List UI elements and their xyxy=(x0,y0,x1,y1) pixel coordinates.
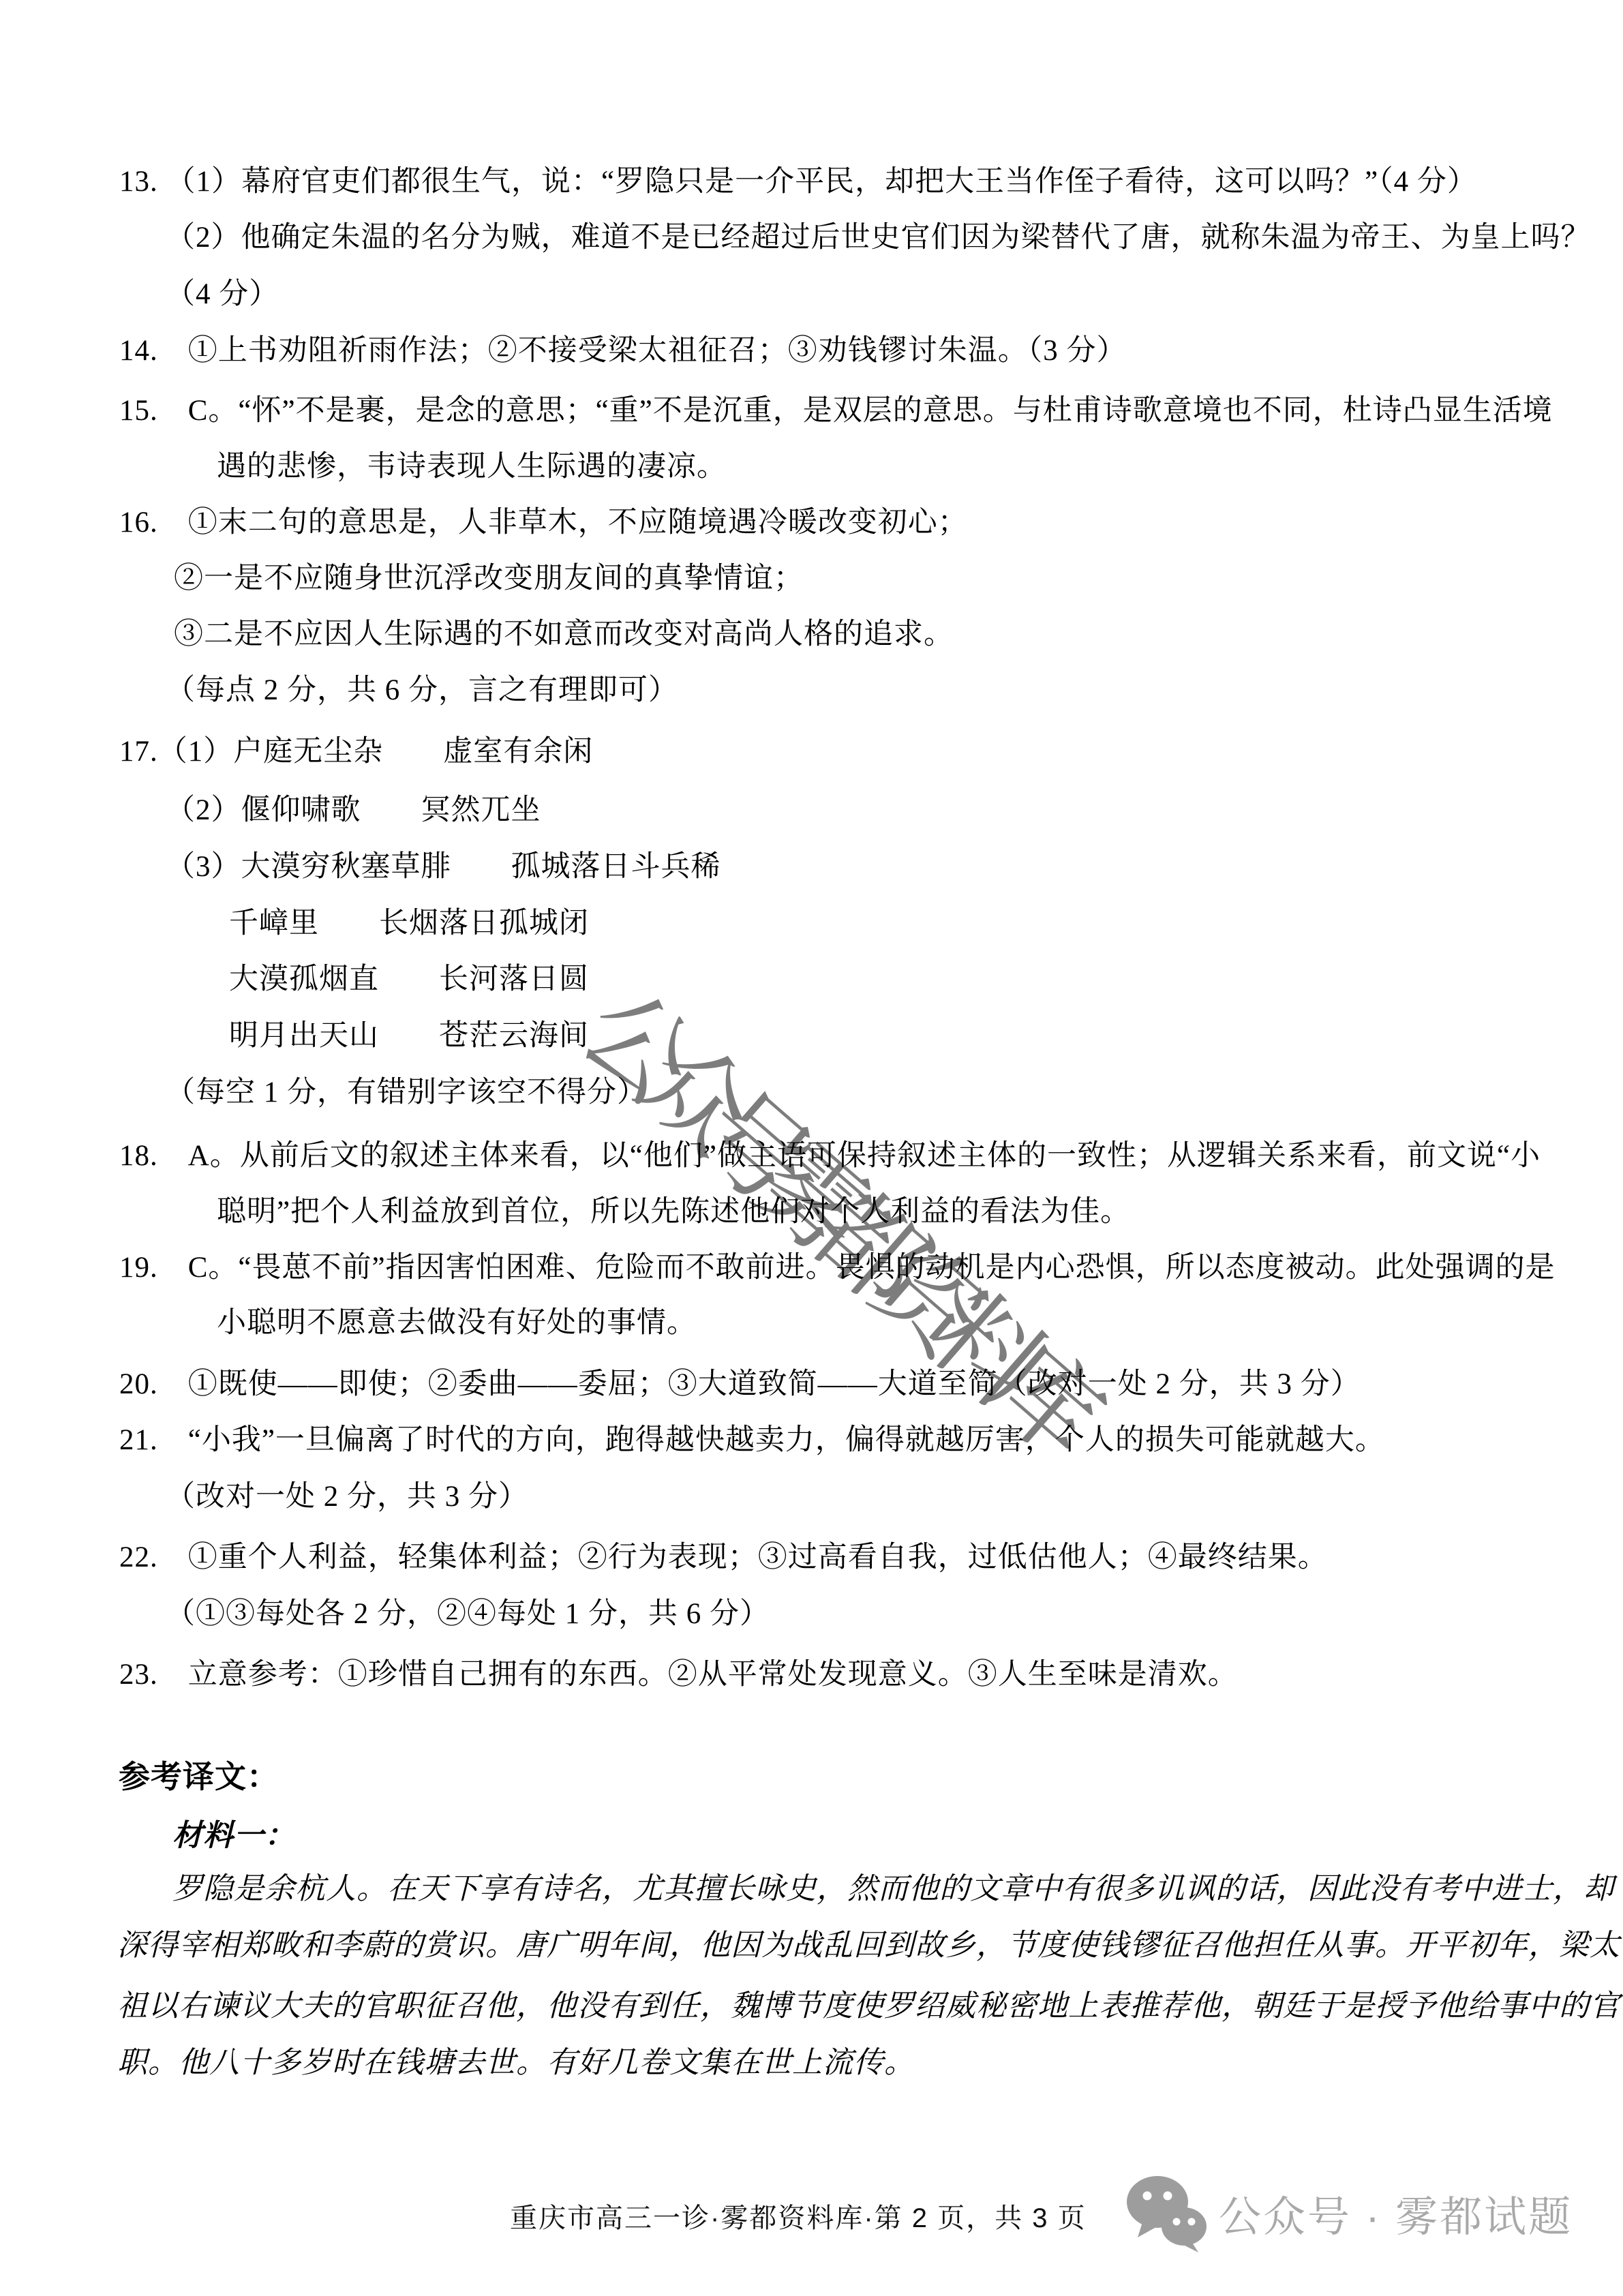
answer-18-line-2: 聪明”把个人利益放到首位，所以先陈述他们对个人利益的看法为佳。 xyxy=(217,1195,1130,1228)
answer-14: 14. ①上书劝阻祈雨作法；②不接受梁太祖征召；③劝钱镠讨朱温。（3 分） xyxy=(119,334,1127,367)
answer-22-score: （①③每处各 2 分，②④每处 1 分，共 6 分） xyxy=(166,1597,770,1631)
answer-15-line-1: 15. C。“怀”不是裹，是念的意思；“重”不是沉重，是双层的意思。与杜甫诗歌意… xyxy=(119,394,1553,427)
answer-21-line-1: 21. “小我”一旦偏离了时代的方向，跑得越快越卖力，偏得就越厉害，个人的损失可… xyxy=(119,1423,1385,1457)
answer-17-score: （每空 1 分，有错别字该空不得分） xyxy=(166,1076,647,1109)
footer-page-info: 重庆市高三一诊·雾都资料库·第 2 页，共 3 页 xyxy=(510,2196,1087,2235)
translation-line-3: 祖以右谏议大夫的官职征召他，他没有到任，魏博节度使罗绍威秘密地上表推荐他，朝廷于… xyxy=(117,1989,1620,2024)
answer-17-line-4: 千嶂里 长烟落日孤城闭 xyxy=(229,907,589,940)
answer-17-line-5: 大漠孤烟直 长河落日圆 xyxy=(229,963,589,996)
answer-16-score: （每点 2 分，共 6 分，言之有理即可） xyxy=(166,674,678,707)
answer-17-line-1: 17.（1）户庭无尘杂 虚室有余闲 xyxy=(119,735,593,768)
answer-16-line-1: 16. ①末二句的意思是，人非草木，不应随境遇冷暖改变初心； xyxy=(119,506,968,539)
answer-17-line-6: 明月出天山 苍茫云海间 xyxy=(229,1019,589,1053)
answer-13-line-1: 13. （1）幕府官吏们都很生气，说：“罗隐只是一介平民，却把大王当作侄子看待，… xyxy=(119,165,1477,198)
translation-line-4: 职。他八十多岁时在钱塘去世。有好几卷文集在世上流传。 xyxy=(117,2046,915,2081)
answer-20: 20. ①既使——即使；②委曲——委屈；③大道致简——大道至简（改对一处 2 分… xyxy=(119,1368,1361,1401)
answer-18-line-1: 18. A。从前后文的叙述主体来看，以“他们”做主语可保持叙述主体的一致性；从逻… xyxy=(119,1139,1541,1173)
answer-17-line-2: （2）偃仰啸歌 冥然兀坐 xyxy=(166,794,541,827)
translation-line-1: 罗隐是余杭人。在天下享有诗名，尤其擅长咏史，然而他的文章中有很多讥讽的话，因此没… xyxy=(172,1872,1614,1907)
exam-answer-page: 公众号雾都资料库 13. （1）幕府官吏们都很生气，说：“罗隐只是一介平民，却把… xyxy=(0,0,1623,2296)
answer-16-line-3: ③二是不应因人生际遇的不如意而改变对高尚人格的追求。 xyxy=(174,618,954,651)
answer-19-line-2: 小聪明不愿意去做没有好处的事情。 xyxy=(217,1306,697,1340)
wechat-icon xyxy=(1125,2173,1208,2252)
answer-17-line-3: （3）大漠穷秋塞草腓 孤城落日斗兵稀 xyxy=(166,850,721,883)
answer-22-line-1: 22. ①重个人利益，轻集体利益；②行为表现；③过高看自我，过低估他人；④最终结… xyxy=(119,1541,1328,1574)
answer-15-line-2: 遇的悲惨，韦诗表现人生际遇的凄凉。 xyxy=(217,450,727,483)
translation-heading: 参考译文： xyxy=(119,1759,279,1795)
answer-13-score: （4 分） xyxy=(166,277,279,311)
answer-23: 23. 立意参考：①珍惜自己拥有的东西。②从平常处发现意义。③人生至味是清欢。 xyxy=(119,1658,1238,1691)
footer-brand-text: 公众号 · 雾都试题 xyxy=(1219,2183,1573,2244)
answer-13-line-2: （2）他确定朱温的名分为贼，难道不是已经超过后世史官们因为梁替代了唐，就称朱温为… xyxy=(166,221,1591,254)
material-one-label: 材料一： xyxy=(172,1819,295,1854)
answer-16-line-2: ②一是不应随身世沉浮改变朋友间的真挚情谊； xyxy=(174,562,804,595)
answer-19-line-1: 19. C。“畏葸不前”指因害怕困难、危险而不敢前进。畏惧的动机是内心恐惧，所以… xyxy=(119,1251,1556,1284)
answer-21-score: （改对一处 2 分，共 3 分） xyxy=(166,1480,528,1513)
translation-line-2: 深得宰相郑畋和李蔚的赏识。唐广明年间，他因为战乱回到故乡，节度使钱镠征召他担任从… xyxy=(117,1929,1620,1963)
footer-brand: 公众号 · 雾都试题 xyxy=(1125,2173,1573,2252)
